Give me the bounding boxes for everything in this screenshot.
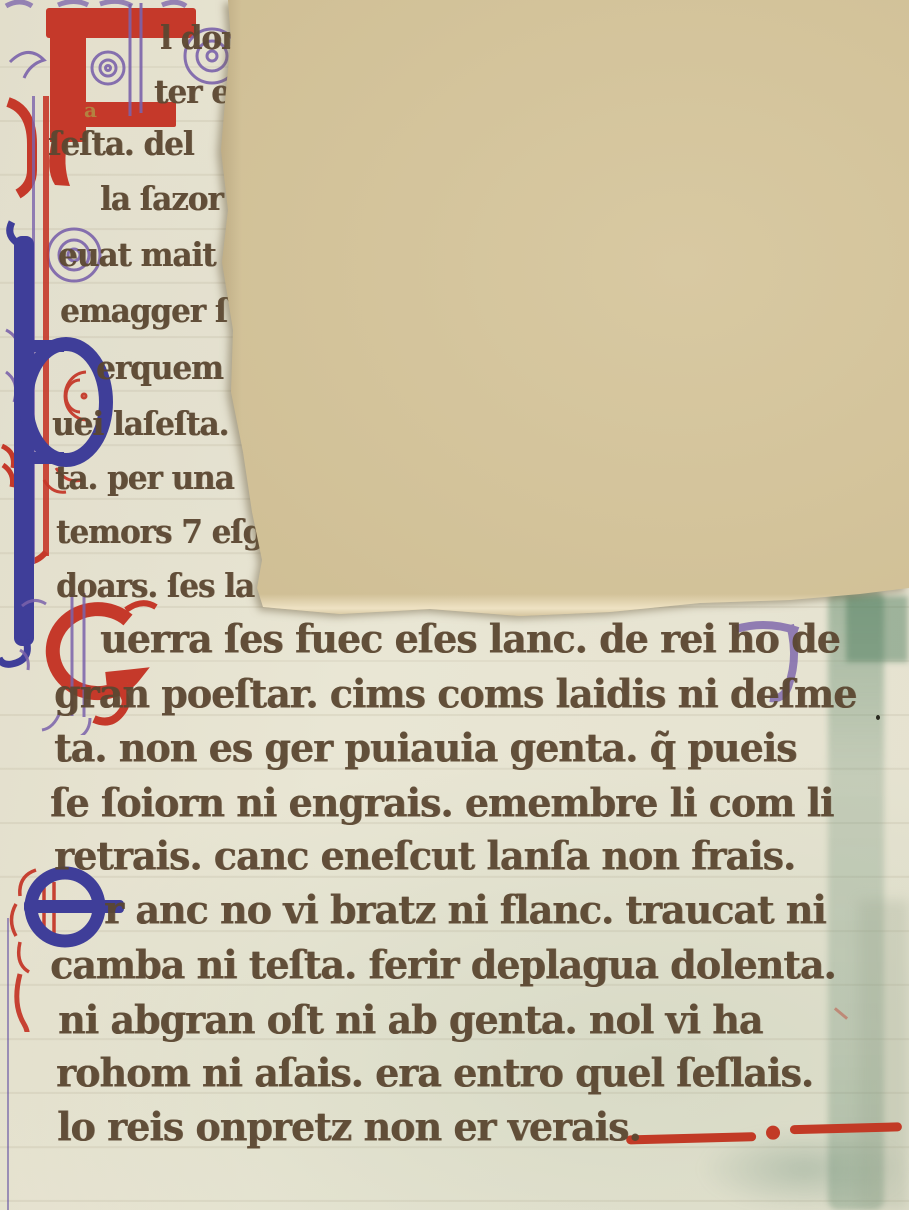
- manuscript-line: l dom: [160, 20, 253, 57]
- manuscript-line: ni abgran oſt ni ab genta. nol vi ha: [58, 996, 762, 1043]
- manuscript-page: a l dom ter e ſeſta. del la ſazor e euat…: [0, 0, 909, 1210]
- manuscript-line: emagger ſ: [60, 293, 227, 330]
- red-margin-flourish: [2, 102, 32, 487]
- red-tick-mark: [834, 1007, 848, 1020]
- manuscript-line: gran poeſtar. cims coms laidis ni deſme: [54, 670, 856, 717]
- manuscript-line: r anc no vi bratz ni flanc. traucat ni: [104, 886, 826, 933]
- manuscript-line: ta. non es ger puiauia genta. q̃ pueis: [54, 724, 796, 771]
- manuscript-line: rohom ni aſais. era entro quel ſeſlais.: [56, 1049, 813, 1096]
- manuscript-line: ta. per una: [55, 460, 234, 497]
- red-rule-stroke: [43, 96, 49, 556]
- guide-letter: a: [84, 98, 97, 122]
- margin-rule-line: [7, 918, 9, 1210]
- manuscript-line: euat mait: [58, 237, 215, 274]
- manuscript-line: retrais. canc eneſcut lanſa non frais.: [54, 832, 795, 879]
- line-filler-ornament: [610, 1112, 909, 1152]
- purple-rule-stroke: [32, 96, 35, 564]
- green-stain-patch: [846, 596, 908, 662]
- manuscript-line: doars. ſes la: [56, 568, 254, 605]
- red-filigree-icon: [12, 870, 55, 1032]
- top-edge-penwork-remnant: [6, 1, 186, 6]
- manuscript-line: ſe ſoiorn ni engrais. emembre li com li: [50, 779, 833, 826]
- manuscript-line: uerra ſes fuec eſes lanc. de rei ho de: [100, 615, 840, 662]
- green-stain-edge: [858, 900, 909, 1210]
- manuscript-line: temors 7 eſg: [56, 514, 263, 551]
- manuscript-line: erquem p: [96, 350, 253, 387]
- manuscript-line: uei laſeſta.: [52, 406, 228, 443]
- manuscript-line: camba ni teſta. ferir deplagua dolenta.: [50, 941, 836, 988]
- green-stain-bottom: [700, 1128, 909, 1210]
- ink-speck: [876, 715, 880, 720]
- manuscript-line: lo reis onpretz non er verais.: [57, 1103, 641, 1150]
- torn-edge-highlight: [200, 578, 909, 620]
- manuscript-line: ter e: [154, 74, 230, 111]
- manuscript-line: ſeſta. del: [48, 126, 194, 163]
- manuscript-line: la ſazor e: [100, 181, 251, 218]
